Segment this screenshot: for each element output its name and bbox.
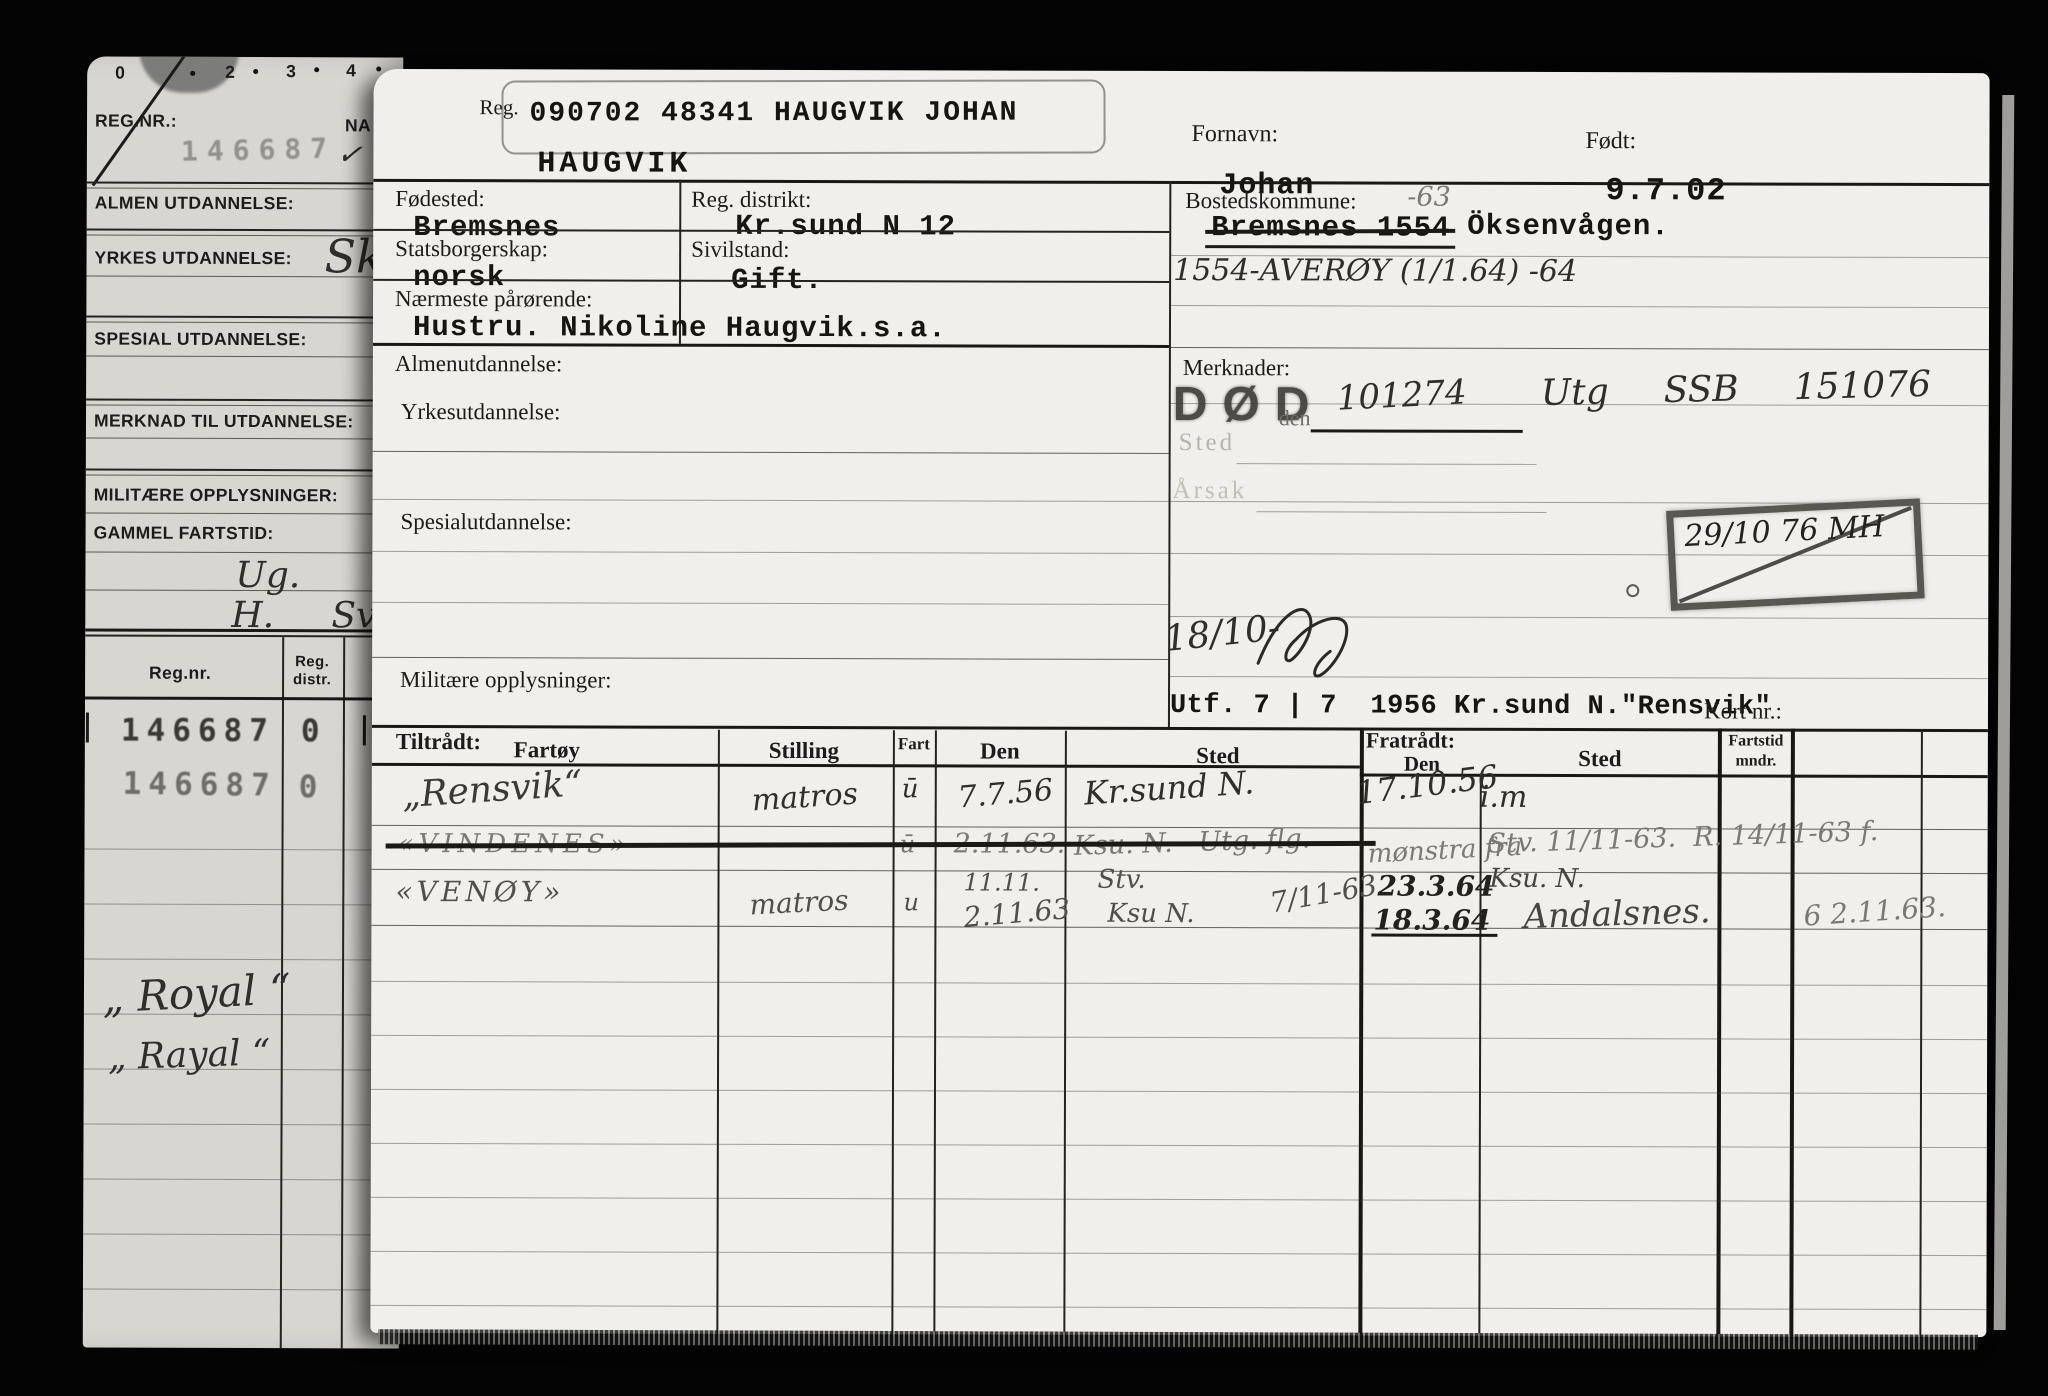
sted-label-faint: Sted [1179,429,1236,457]
row3-fart: u [903,888,919,916]
tiltradt-label: Tiltrådt: [396,729,481,755]
column-line [1919,729,1923,1337]
rule-line [86,398,382,401]
reg-stamp-value: 090702 48341 HAUGVIK JOHAN [530,98,1019,130]
column-line [933,730,937,1334]
fartoy-header: Fartøy [514,737,580,763]
fornavn-label: Fornavn: [1191,121,1278,148]
check-mark: ✓ [335,136,364,174]
rule-line [86,355,382,357]
column-line [341,637,345,1348]
regdistr-column-header: distr. [293,671,331,688]
row1-stilling: matros [751,776,859,818]
rule-line [84,958,380,960]
row3-sted-line1: Stv. [1097,865,1145,895]
militare-opplysninger-label: Militære opplysninger: [400,667,612,694]
row3-fratradt-sted-line2: Andalsnes. [1523,891,1711,937]
parorende-value: Hustru. Nikoline Haugvik.s.a. [413,311,947,345]
rule-line [371,1035,1987,1040]
surname-value: HAUGVIK [537,147,691,181]
almen-utdannelse-label: ALMEN UTDANNELSE: [95,192,294,214]
column-line [891,730,895,1334]
row3-fratradt-sted-line1: Ksu. N. [1490,864,1585,894]
fartstid-header: Fartstid [1728,732,1783,750]
page-edge [1994,95,2015,1330]
handwriting-utg-ssb: Utg SSB 151076 [1540,364,1931,414]
fratradt-label: Fratrådt: [1366,727,1455,753]
rule-line [371,981,1987,986]
ship-note-rayal: „ Rayal “ [107,1032,271,1078]
handwriting-dod-date: 101274 [1336,372,1468,418]
reg-nr-stamped-value: 146687 [181,131,337,168]
rule-line [86,404,382,406]
back-card: 0 2 3 4 REG.NR.: 146687 ✓ NA ALMEN UTDAN… [83,56,404,1348]
scanned-registry-document: 0 2 3 4 REG.NR.: 146687 ✓ NA ALMEN UTDAN… [0,0,2048,1396]
statsborgerskap-label: Statsborgerskap: [395,236,548,262]
rule-line [83,1233,379,1235]
table-row-distr: 0 [301,713,329,749]
stray-circle-mark [1626,584,1639,597]
ruler-dot [376,66,381,71]
stray-mark [363,715,366,745]
stray-mark [86,712,89,742]
rule-line [373,179,1989,187]
row3-stilling: matros [749,884,850,922]
column-line [1063,731,1067,1335]
spesial-utdannelse-label: SPESIAL UTDANNELSE: [94,328,307,350]
rule-line [83,1178,379,1180]
navn-label-partial: NA [345,115,371,136]
ruler-mark: 4 [346,60,356,81]
underline [1237,463,1537,465]
rule-line [371,1143,1987,1148]
rule-line [86,474,382,476]
table-row-regnr: 146687 [121,713,275,750]
underline [1311,429,1523,433]
underline [1371,934,1497,937]
row2-fratradt-sted: Stv. 11/11-63. R. 14/11-63 f. [1487,816,1878,860]
row1-fartoy: „Rensvik“ [401,763,584,816]
row1-sted: Kr.sund N. [1083,763,1255,812]
den-header: Den [980,738,1020,764]
column-line [716,730,720,1334]
rule-line [86,512,382,514]
rule-line [86,437,382,439]
table-row-distr: 0 [299,769,327,805]
bosted-new-value: Öksenvågen. [1467,210,1670,244]
ruler-mark: 3 [286,61,296,82]
rule-line [87,187,383,189]
row1-den: 7.7.56 [956,773,1054,816]
rule-line [372,725,1988,733]
parorende-label: Nærmeste pårørende: [395,286,592,313]
rule-line [85,589,381,591]
rule-line [370,1305,1986,1310]
rule-line [85,628,381,632]
fodt-label: Født: [1585,128,1636,155]
ruler-mark: 2 [225,62,235,83]
column-line [1716,728,1721,1336]
rule-line [371,1197,1987,1202]
rule-line [86,321,382,323]
row1-fratradt-den: 17.10.56 [1354,757,1500,812]
fodested-label: Fødested: [395,186,485,212]
strike-line [1205,245,1455,249]
rule-line [371,1089,1987,1094]
table-row-regnr: 146687 [122,766,276,804]
ruler-dot [253,69,258,74]
reg-stamp-box: 090702 48341 HAUGVIK JOHAN [501,79,1105,154]
rule-line [87,181,383,184]
rule-line [85,696,373,700]
row3-fratradt-den-line1: 23.3.64 [1377,870,1494,903]
bosted-struck-value: Bremsnes 1554 [1211,211,1450,245]
rule-line [86,275,382,277]
yrkesutdannelse-label: Yrkesutdannelse: [401,399,561,425]
spesialutdannelse-label: Spesialutdannelse: [400,509,571,535]
stilling-header: Stilling [769,738,839,764]
row3-fartstid: 6 2.11.63. [1803,890,1947,932]
row3-fartoy: «VENØY» [395,875,564,908]
handwriting-averoy: 1554-AVERØY (1/1.64) -64 [1173,253,1577,289]
rule-line [84,1123,380,1125]
rule-line [372,869,1988,875]
rule-line [85,634,381,637]
dod-den-label: den [1279,405,1311,431]
sivilstand-label: Sivilstand: [691,237,789,263]
ruler-dot [190,71,195,76]
regnr-column-header: Reg.nr. [149,663,211,684]
reg-nr-label: REG.NR.: [95,110,177,131]
rule-line [83,1288,379,1290]
rule-line [371,1251,1987,1256]
front-card: Reg. 090702 48341 HAUGVIK JOHAN HAUGVIK … [370,69,1989,1337]
fart-header: Fart [898,734,930,754]
fratradt-sted-header: Sted [1578,746,1622,772]
ruler-dot [314,67,319,72]
underline [1256,511,1546,513]
rule-line [86,315,382,318]
rule-line [1169,305,1989,308]
rule-line [372,602,1168,605]
ruler-mark: 0 [115,63,125,84]
rule-line [86,468,382,471]
handwriting-63: -63 [1407,182,1451,213]
date-stamp-box: 29/10 76 MH [1666,498,1925,611]
rule-line [372,657,1168,660]
militare-opplysninger-label: MILITÆRE OPPLYSNINGER: [94,484,339,506]
kort-nr-label: Kort nr.: [1704,698,1782,724]
rule-line [373,343,1169,348]
row1-fratradt-note: i.m [1480,780,1528,815]
yrkes-utdannelse-label: YRKES UTDANNELSE: [95,247,292,269]
rule-line [84,848,380,850]
ship-note-royal: „ Royal “ [101,964,292,1022]
row3-sted-line2: Ksu N. [1107,899,1194,929]
row1-fart: ū [902,774,919,804]
fodt-value: 9.7.02 [1605,172,1726,209]
rule-line [373,451,1169,454]
column-line [1358,727,1363,1335]
almenutdannelse-label: Almenutdannelse: [395,351,562,377]
regdistr-column-header: Reg. [295,653,329,670]
row3-den-line1: 11.11. [963,868,1039,896]
rule-line [1169,347,1989,350]
merknad-utdannelse-label: MERKNAD TIL UTDANNELSE: [94,410,354,432]
rule-line [86,551,382,553]
fartstid-header: mndr. [1735,752,1776,770]
utf-line-value: Utf. 7 | 7 1956 Kr.sund N."Rensvik" [1170,691,1771,723]
row3-fratradt-den-line2: 18.3.64 [1373,904,1490,937]
gammel-fartstid-label: GAMMEL FARTSTID: [94,522,274,544]
rule-line [84,903,380,905]
signature-scribble [1252,599,1392,689]
